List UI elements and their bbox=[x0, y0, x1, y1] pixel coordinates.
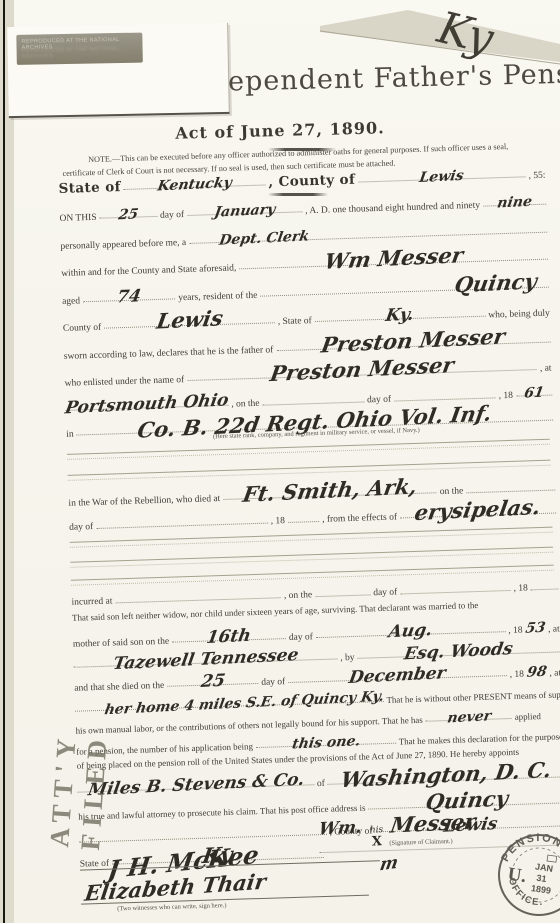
state-of-label: State of bbox=[58, 179, 121, 197]
cause-slot: erysipelas. bbox=[400, 502, 556, 519]
county-label: County of bbox=[63, 323, 102, 334]
married-place-handwritten: Tazewell Tennessee bbox=[112, 651, 298, 669]
incurred-dayof-label: day of bbox=[373, 588, 397, 599]
enlist-month-slot bbox=[394, 386, 496, 401]
incurred-place-slot bbox=[115, 586, 281, 603]
declaration-label: That he makes this declaration for the p… bbox=[399, 731, 560, 746]
her-home-handwritten: her home 4 miles S.E. of Quincy Ky. bbox=[104, 694, 385, 715]
year-word-slot: nine bbox=[483, 193, 547, 207]
married-dayof-label: day of bbox=[289, 632, 313, 643]
on-the-label: , on the bbox=[231, 399, 260, 410]
enlist-name-handwritten: Preston Messer bbox=[269, 360, 454, 380]
on-this-label: ON THIS bbox=[59, 213, 96, 224]
officiant-slot: Esq. Woods bbox=[357, 640, 560, 658]
incurred-year-slot bbox=[530, 577, 558, 590]
x-mark: X bbox=[372, 835, 382, 848]
at-label: , at bbox=[540, 364, 552, 374]
enlist-day-slot bbox=[262, 391, 364, 406]
row-appeared: personally appeared before me, a Dept. C… bbox=[60, 221, 547, 252]
state-label: , State of bbox=[278, 316, 312, 327]
of-label: of bbox=[317, 779, 325, 789]
day-slot: 25 bbox=[99, 205, 157, 219]
appeared-label: personally appeared before me, a bbox=[60, 238, 186, 252]
incurred-month-slot bbox=[400, 579, 511, 594]
officer-handwritten: Dept. Clerk bbox=[218, 233, 309, 244]
being-duly-label: who, being duly bbox=[488, 309, 550, 321]
state-handwritten: Kentucky bbox=[157, 180, 232, 191]
enlist-year-handwritten: 61 bbox=[524, 390, 545, 398]
by-label: , by bbox=[340, 653, 355, 663]
attorney-slot: Miles B. Stevens & Co. bbox=[77, 773, 314, 792]
county2-handwritten: Lewis bbox=[155, 313, 223, 327]
form-body: State of Kentucky , County of Lewis , 55… bbox=[58, 155, 560, 922]
attorney-handwritten: Miles B. Stevens & Co. bbox=[87, 776, 304, 795]
she-died-dayof-label: day of bbox=[261, 677, 285, 688]
overlay-paper-slip: REPRODUCED AT THE NATIONAL ARCHIVES bbox=[7, 23, 230, 118]
she-died-day-handwritten: 25 bbox=[200, 677, 225, 687]
never-slot: never bbox=[425, 707, 511, 722]
war-died-label: in the War of the Rebellion, who died at bbox=[68, 494, 220, 509]
father-of-label: sworn according to law, declares that he… bbox=[64, 345, 274, 362]
claimant-scribble: m bbox=[379, 859, 398, 870]
enlist-place-handwritten: Portsmouth Ohio bbox=[65, 396, 230, 413]
state-value-slot: Kentucky bbox=[124, 173, 266, 189]
row-state-county: State of Kentucky , County of Lewis , 55… bbox=[58, 165, 545, 197]
never-handwritten: never bbox=[446, 713, 491, 722]
she-died-month-slot: December bbox=[288, 664, 507, 683]
application-num-handwritten: this one. bbox=[291, 738, 360, 748]
death-place-handwritten: Ft. Smith, Ark, bbox=[242, 481, 418, 500]
residence-slot: Quincy bbox=[260, 276, 549, 297]
age-slot: 74 bbox=[83, 287, 176, 302]
age-handwritten: 74 bbox=[117, 292, 142, 302]
witnesses-caption: (Two witnesses who can write, sign here.… bbox=[117, 902, 226, 912]
year-word-handwritten: nine bbox=[497, 199, 533, 208]
enlist-name-slot: Preston Messer bbox=[187, 358, 537, 381]
effects-label: , from the effects of bbox=[322, 513, 397, 525]
death-dayof-label: day of bbox=[69, 522, 93, 533]
month-handwritten: January bbox=[214, 207, 276, 217]
state2-slot: Ky. bbox=[314, 305, 485, 322]
residence-handwritten: Quincy bbox=[454, 276, 538, 291]
witness2-signature: Elizabeth Thair bbox=[84, 877, 267, 900]
county-value-slot: Lewis bbox=[358, 165, 526, 182]
present-means-label: That he is without other PRESENT means o… bbox=[386, 688, 560, 704]
declarant-slot: Wm Messer bbox=[239, 248, 548, 270]
married-year-handwritten: 53 bbox=[525, 625, 546, 633]
blank-ruled-line bbox=[70, 547, 553, 568]
on-the2-label: on the bbox=[440, 486, 464, 497]
son-name-handwritten: Preston Messer bbox=[321, 331, 506, 351]
national-archives-stamp-text: REPRODUCED AT THE NATIONAL ARCHIVES bbox=[21, 37, 137, 51]
death-year-slot bbox=[288, 510, 320, 523]
death-place-slot: Ft. Smith, Ark, bbox=[223, 481, 437, 500]
postoffice-slot: Quincy bbox=[368, 791, 560, 809]
married-month-slot: Aug. bbox=[316, 620, 506, 638]
she-died-day-slot: 25 bbox=[167, 672, 258, 687]
row-enlisted: who enlisted under the name of Preston M… bbox=[64, 358, 551, 389]
applied-label: applied bbox=[515, 711, 541, 722]
incurred-onthe-label: , on the bbox=[284, 590, 313, 601]
national-archives-stamp: REPRODUCED AT THE NATIONAL ARCHIVES bbox=[16, 33, 143, 65]
stamp-day: 31 bbox=[536, 873, 547, 884]
enlist-year-slot: 61 bbox=[516, 384, 553, 397]
married-18-label: , 18 bbox=[508, 626, 523, 636]
married-at-label: , at bbox=[548, 624, 560, 634]
death-month-slot bbox=[96, 512, 268, 529]
she-died-month-handwritten: December bbox=[348, 669, 446, 682]
enlisted-label: who enlisted under the name of bbox=[65, 375, 185, 389]
in-label: in bbox=[66, 430, 74, 440]
state2-handwritten: Ky. bbox=[385, 311, 414, 321]
she-died-year-handwritten: 98 bbox=[526, 669, 547, 677]
she-died-at-label: , at bbox=[549, 668, 560, 678]
day-of-label: day of bbox=[160, 210, 184, 221]
county-bottom-blank-slot bbox=[79, 823, 327, 843]
stamp-year: 1899 bbox=[530, 883, 551, 896]
pension-office-stamp: PENSION OFFICE. U. JAN 31 1899 bbox=[490, 826, 560, 923]
enlist-18-label: , 18 bbox=[499, 391, 514, 401]
year-text-label: , A. D. one thousand eight hundred and n… bbox=[305, 201, 480, 216]
county-handwritten: Lewis bbox=[419, 173, 464, 182]
married-place-slot: Tazewell Tennessee bbox=[73, 647, 337, 667]
enlist-place-slot: Portsmouth Ohio bbox=[65, 394, 228, 411]
county2-slot: Lewis bbox=[104, 311, 275, 328]
month-slot: January bbox=[187, 200, 302, 216]
attorney-city-slot: Washington, D. C. bbox=[328, 765, 560, 784]
his-x-mark: his X bbox=[370, 826, 384, 848]
row-date: ON THIS 25 day of January , A. D. one th… bbox=[59, 193, 546, 224]
aged-label: aged bbox=[62, 296, 80, 307]
attorney-city-handwritten: Washington, D. C. bbox=[340, 765, 552, 786]
ss-label: , 55: bbox=[528, 171, 545, 182]
cause-handwritten: erysipelas. bbox=[414, 502, 541, 519]
married-month-handwritten: Aug. bbox=[388, 626, 433, 637]
death-day-slot bbox=[466, 479, 555, 494]
day-handwritten: 25 bbox=[118, 211, 139, 219]
married-label: mother of said son on the bbox=[73, 637, 170, 650]
married-day-slot: 16th bbox=[172, 627, 286, 643]
officiant-handwritten: Esq. Woods bbox=[404, 645, 514, 659]
declarant-handwritten: Wm Messer bbox=[324, 250, 464, 267]
incurred-label: incurred at bbox=[71, 597, 112, 608]
stamp-u-text: U. bbox=[506, 864, 527, 887]
application-num-slot: this one. bbox=[256, 732, 396, 748]
corner-handwritten-mark: Ky bbox=[433, 6, 497, 62]
officer-slot: Dept. Clerk bbox=[189, 221, 547, 244]
death-18-label: , 18 bbox=[271, 516, 286, 526]
she-died-18-label: , 18 bbox=[510, 670, 525, 680]
row-father-of: sworn according to law, declares that he… bbox=[64, 331, 551, 362]
postoffice-handwritten: Quincy bbox=[425, 793, 509, 808]
enlist-dayof-label: day of bbox=[367, 395, 391, 406]
row-aged: aged 74 years, resident of the Quincy bbox=[62, 276, 549, 307]
scanned-pension-document: ” Ky REPRODUCED AT THE NATIONAL ARCHIVES… bbox=[0, 0, 560, 923]
her-home-slot: her home 4 miles S.E. of Quincy Ky. bbox=[75, 690, 384, 712]
stamp-glyph bbox=[547, 855, 557, 862]
county-of-label: , County of bbox=[268, 172, 355, 191]
married-day-handwritten: 16th bbox=[206, 632, 251, 643]
resident-label: years, resident of the bbox=[178, 291, 257, 303]
aforesaid-label: within and for the County and State afor… bbox=[61, 263, 236, 278]
son-name-slot: Preston Messer bbox=[276, 331, 551, 352]
claimant-first-handwritten: Wm. bbox=[318, 823, 362, 834]
incurred-18-label: , 18 bbox=[513, 583, 528, 593]
incurred-day-slot bbox=[315, 583, 371, 597]
claimant-last-handwritten: Messer bbox=[390, 816, 477, 831]
